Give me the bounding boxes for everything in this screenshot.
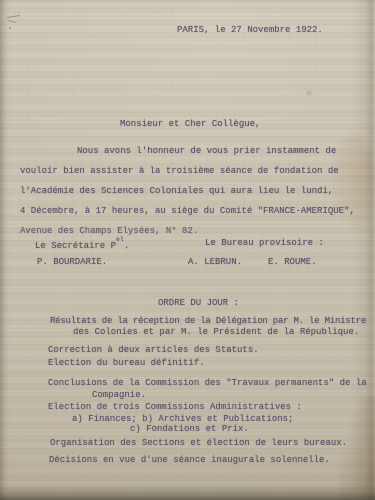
- secretary-title-superscript: el: [116, 236, 124, 243]
- page-left-edge: [0, 0, 9, 500]
- secretary-title: Le Secrétaire Pel.: [35, 238, 129, 251]
- agenda-line: a) Finances; b) Archives et Publications…: [72, 414, 293, 424]
- body-line: Nous avons l'honneur de vous prier insta…: [77, 146, 336, 156]
- page-top-edge: [0, 0, 375, 4]
- agenda-line: Conclusions de la Commission des "Travau…: [48, 378, 367, 388]
- agenda-line: Election de trois Commissions Administra…: [48, 402, 302, 412]
- secretary-title-text: Le Secrétaire P: [35, 241, 116, 251]
- agenda-line: Résultats de la réception de la Délégati…: [50, 316, 366, 326]
- scanned-letter-page: PARIS, le 27 Novembre 1922. Monsieur et …: [0, 0, 375, 500]
- salutation-line: Monsieur et Cher Collègue,: [120, 119, 260, 129]
- bureau-title: Le Bureau provisoire :: [205, 238, 324, 248]
- agenda-line: Compagnie.: [92, 390, 146, 400]
- agenda-line: Organisation des Sections et élection de…: [50, 438, 347, 448]
- secretary-name: P. BOURDARIE.: [37, 257, 107, 267]
- stain: [338, 396, 375, 500]
- date-line: PARIS, le 27 Novembre 1922.: [177, 25, 323, 35]
- agenda-heading: ORDRE DU JOUR :: [158, 298, 239, 308]
- bottom-shading: [0, 440, 375, 500]
- stain: [306, 91, 312, 95]
- agenda-line: Election du bureau définitif.: [48, 358, 205, 368]
- body-line: vouloir bien assister à la troisième séa…: [20, 166, 339, 176]
- bureau-member-name: A. LEBRUN.: [188, 257, 242, 267]
- agenda-line: Correction à deux articles des Statuts.: [48, 345, 259, 355]
- agenda-line: c) Fondations et Prix.: [130, 424, 249, 434]
- body-line: Avenue des Champs Elysées, N° 82.: [20, 226, 198, 236]
- body-line: 4 Décembre, à 17 heures, au siège du Com…: [20, 206, 355, 216]
- agenda-line: Décisions en vue d'une séance inaugurale…: [49, 455, 330, 465]
- secretary-title-punct: .: [124, 241, 129, 251]
- page-right-edge: [351, 0, 375, 500]
- bureau-member-name: E. ROUME.: [268, 257, 317, 267]
- page-bottom-edge: [0, 484, 375, 500]
- stain: [332, 135, 375, 231]
- agenda-line: des Colonies et par M. le Président de l…: [73, 327, 359, 337]
- body-line: l'Académie des Sciences Coloniales qui a…: [20, 186, 333, 196]
